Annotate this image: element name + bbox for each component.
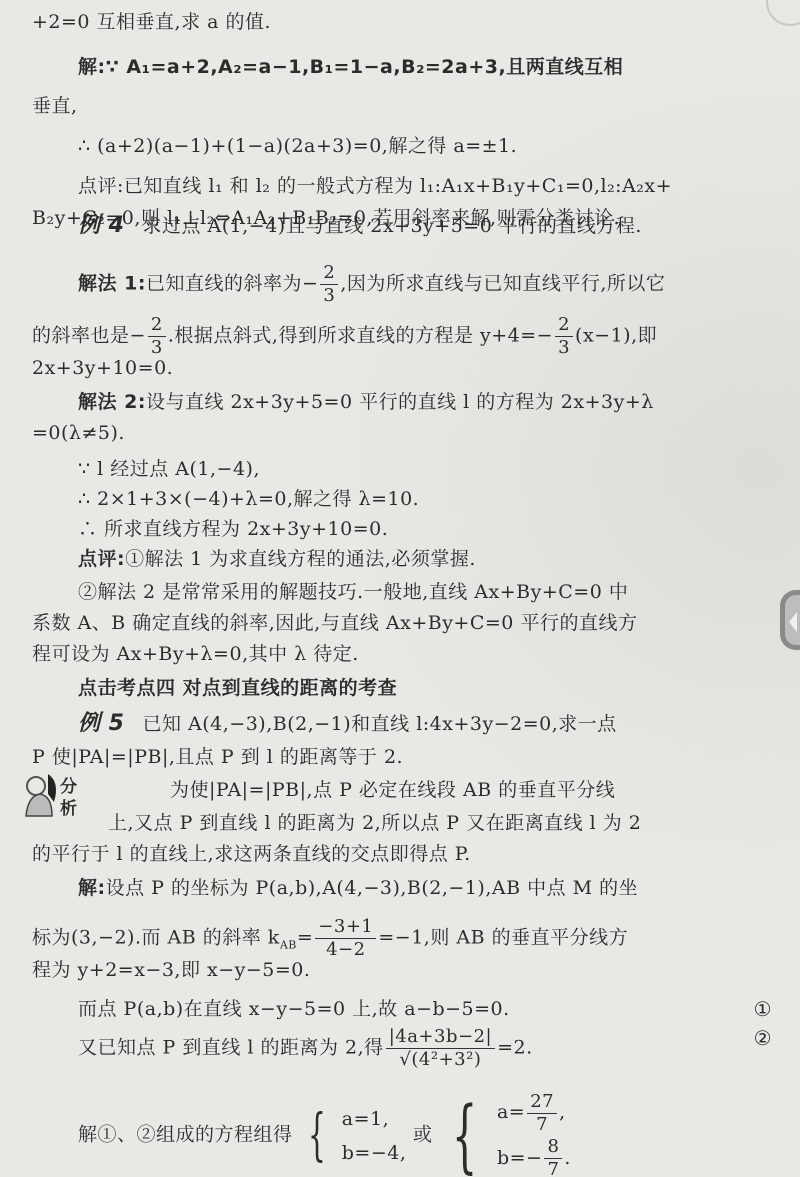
fraction: −3+14−2: [315, 916, 376, 961]
numerator: 2: [555, 314, 573, 337]
text: ①解法 1 为求直线方程的通法,必须掌握.: [125, 548, 476, 570]
fraction: |4a+3b−2|√(4²+3²): [386, 1026, 495, 1071]
solution-line: 标为(3,−2).而 AB 的斜率 kAB=−3+14−2=−1,则 AB 的垂…: [32, 916, 800, 961]
text: a=: [497, 1101, 525, 1123]
text: 或: [413, 1124, 433, 1146]
denominator: 3: [320, 285, 338, 307]
numerator: |4a+3b−2|: [386, 1026, 495, 1049]
comment-line: 点评:已知直线 l₁ 和 l₂ 的一般式方程为 l₁:A₁x+B₁y+C₁=0,…: [78, 174, 800, 198]
numerator: 2: [320, 262, 338, 285]
text-line: 的平行于 l 的直线上,求这两条直线的交点即得点 P.: [32, 842, 800, 866]
text: ,因为所求直线与已知直线平行,所以它: [340, 273, 665, 295]
comment-label: 点评:: [78, 548, 125, 570]
text: =: [297, 927, 313, 949]
text-line: 上,又点 P 到直线 l 的距离为 2,所以点 P 又在距离直线 l 为 2: [108, 811, 800, 835]
numerator: 2: [148, 314, 166, 337]
mascot-illustration-icon: [18, 772, 66, 820]
equation-number: ②: [754, 1026, 772, 1050]
text-line: ②解法 2 是常常采用的解题技巧.一般地,直线 Ax+By+C=0 中: [78, 580, 800, 604]
text: =2.: [497, 1037, 533, 1059]
example-4-heading: 例 4求过点 A(1,−4)且与直线 2x+3y+5=0 平行的直线方程.: [78, 214, 800, 238]
equation-number: ①: [754, 997, 772, 1021]
text-line: ∴ 所求直线方程为 2x+3y+10=0.: [78, 517, 800, 541]
section-heading: 点击考点四 对点到直线的距离的考查: [78, 676, 800, 700]
text: 又已知点 P 到直线 l 的距离为 2,得: [78, 1037, 384, 1059]
solution-line: 解:设点 P 的坐标为 P(a,b),A(4,−3),B(2,−1),AB 中点…: [78, 876, 800, 900]
left-brace: {: [308, 1108, 326, 1164]
system-1: a=1,b=−4,: [342, 1102, 407, 1170]
text-line: ∴ 2×1+3×(−4)+λ=0,解之得 λ=10.: [78, 487, 800, 511]
text-line: +2=0 互相垂直,求 a 的值.: [32, 10, 800, 34]
text-line: =0(λ≠5).: [32, 421, 800, 445]
method-2-line: 解法 2:设与直线 2x+3y+5=0 平行的直线 l 的方程为 2x+3y+λ: [78, 390, 800, 414]
text-line: ∴ (a+2)(a−1)+(1−a)(2a+3)=0,解之得 a=±1.: [78, 134, 800, 158]
system-eq: a=1,: [342, 1102, 407, 1136]
numerator: 27: [527, 1091, 557, 1114]
text-line: 为使|PA|=|PB|,点 P 必定在线段 AB 的垂直平分线: [170, 778, 800, 802]
left-brace: {: [452, 1108, 478, 1164]
example-label: 例 5: [78, 711, 124, 736]
system-eq: b=−4,: [342, 1136, 407, 1170]
example-question: 求过点 A(1,−4)且与直线 2x+3y+5=0 平行的直线方程.: [142, 215, 641, 237]
denominator: √(4²+3²): [386, 1049, 495, 1071]
text-line: P 使|PA|=|PB|,且点 P 到 l 的距离等于 2.: [32, 745, 800, 769]
example-question: 已知 A(4,−3),B(2,−1)和直线 l:4x+3y−2=0,求一点: [142, 713, 616, 735]
fraction: 23: [148, 314, 166, 359]
text-line: 2x+3y+10=0.: [32, 356, 800, 380]
system-solution-line: 解①、②组成的方程组得 { a=1,b=−4, 或 { a=277, b=−87…: [78, 1090, 800, 1177]
numerator: 8: [544, 1136, 562, 1159]
fraction: 277: [527, 1091, 557, 1136]
subscript: AB: [280, 938, 297, 951]
numerator: −3+1: [315, 916, 376, 939]
text: 的斜率也是−: [32, 325, 146, 347]
fraction: 23: [555, 314, 573, 359]
text: 而点 P(a,b)在直线 x−y−5=0 上,故 a−b−5=0.: [78, 998, 510, 1020]
page-edge-tab-icon: [780, 590, 800, 650]
text: 标为(3,−2).而 AB 的斜率 k: [32, 927, 280, 949]
text-line: ∵ l 经过点 A(1,−4),: [78, 457, 800, 481]
text: 已知直线的斜率为−: [146, 273, 318, 295]
system-2: a=277, b=−87.: [497, 1090, 571, 1177]
system-eq: a=277,: [497, 1090, 571, 1136]
solution-line: 解:∵ A₁=a+2,A₂=a−1,B₁=1−a,B₂=2a+3,且两直线互相: [78, 55, 800, 79]
method-1-line: 解法 1:已知直线的斜率为−23,因为所求直线与已知直线平行,所以它: [78, 262, 800, 307]
textbook-page: +2=0 互相垂直,求 a 的值. 解:∵ A₁=a+2,A₂=a−1,B₁=1…: [0, 0, 800, 1177]
text: ,: [559, 1101, 566, 1123]
text: .: [564, 1147, 571, 1169]
method-label: 解法 2:: [78, 391, 146, 413]
equation-line: 又已知点 P 到直线 l 的距离为 2,得|4a+3b−2|√(4²+3²)=2…: [78, 1026, 800, 1071]
denominator: 7: [527, 1114, 557, 1136]
method-label: 解法 1:: [78, 273, 146, 295]
text: 设点 P 的坐标为 P(a,b),A(4,−3),B(2,−1),AB 中点 M…: [106, 877, 639, 899]
analysis-tag: 分析: [60, 776, 80, 820]
text: 解①、②组成的方程组得: [78, 1124, 293, 1146]
text: =−1,则 AB 的垂直平分线方: [378, 927, 628, 949]
text-line: 系数 A、B 确定直线的斜率,因此,与直线 Ax+By+C=0 平行的直线方: [32, 611, 800, 635]
comment-line: 点评:①解法 1 为求直线方程的通法,必须掌握.: [78, 547, 800, 571]
text: .根据点斜式,得到所求直线的方程是 y+4=−: [168, 325, 553, 347]
text: b=−: [497, 1147, 543, 1169]
text-line: 程为 y+2=x−3,即 x−y−5=0.: [32, 958, 800, 982]
fraction: 87: [544, 1136, 562, 1177]
text-line: 垂直,: [32, 94, 800, 118]
equation-line: 而点 P(a,b)在直线 x−y−5=0 上,故 a−b−5=0. ①: [78, 997, 800, 1021]
example-5-heading: 例 5已知 A(4,−3),B(2,−1)和直线 l:4x+3y−2=0,求一点: [78, 712, 800, 736]
system-eq: b=−87.: [497, 1136, 571, 1177]
text: 解:∵ A₁=a+2,A₂=a−1,B₁=1−a,B₂=2a+3,且两直线互相: [78, 56, 623, 78]
denominator: 7: [544, 1159, 562, 1177]
method-1-line: 的斜率也是−23.根据点斜式,得到所求直线的方程是 y+4=−23(x−1),即: [32, 314, 800, 359]
text: (x−1),即: [575, 325, 657, 347]
example-label: 例 4: [78, 213, 124, 238]
solution-label: 解:: [78, 877, 106, 899]
text: 设与直线 2x+3y+5=0 平行的直线 l 的方程为 2x+3y+λ: [146, 391, 654, 413]
fraction: 23: [320, 262, 338, 307]
text-line: 程可设为 Ax+By+λ=0,其中 λ 待定.: [32, 642, 800, 666]
